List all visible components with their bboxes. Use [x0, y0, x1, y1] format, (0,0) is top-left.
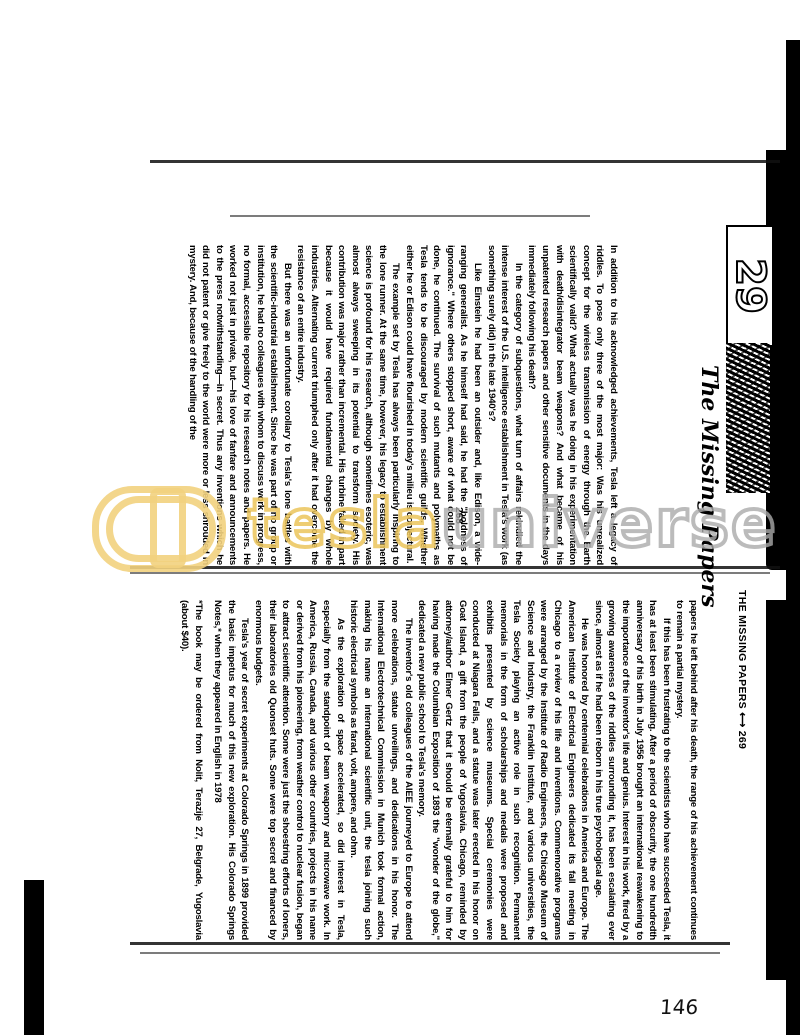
chapter-illustration	[726, 343, 770, 493]
chapter-number: 29	[727, 258, 773, 314]
paragraph: In addition to his acknowledged achievem…	[525, 245, 620, 565]
paragraph: papers he left behind after his death, t…	[673, 600, 700, 940]
scan-border-right	[786, 40, 800, 1035]
paragraph: Tesla's year of secret experiments at Co…	[211, 600, 252, 940]
paragraph: As the exploration of space accelerated,…	[251, 600, 346, 940]
paragraph: He was honored by centennial celebration…	[415, 600, 592, 940]
chapter-title: The Missing Papers	[696, 365, 722, 607]
scan-border-left	[24, 880, 44, 1035]
paragraph: But there was an unfortunate corollary t…	[185, 245, 294, 565]
right-page-body: papers he left behind after his death, t…	[177, 600, 700, 940]
footnote: *The book may be ordered from Nolit, Ter…	[177, 600, 204, 940]
paragraph: The inventor's old colleagues of the AIE…	[347, 600, 415, 940]
paragraph: The example set by Tesla has always been…	[294, 245, 403, 565]
left-page: 29 The Missing Papers In addition to his…	[150, 165, 750, 565]
book-gutter-line-2	[130, 572, 770, 574]
paragraph: In the category of subquestions, what tu…	[484, 245, 525, 565]
page-edge-top	[150, 160, 780, 163]
chapter-heading: 29 The Missing Papers	[690, 225, 770, 495]
paragraph: If this has been frustrating to the scie…	[591, 600, 673, 940]
paragraph: Like Einstein he had been an outsider an…	[403, 245, 485, 565]
right-page: papers he left behind after his death, t…	[140, 580, 760, 960]
handwritten-page-number: 146	[659, 995, 699, 1019]
chapter-number-box: 29	[726, 225, 774, 347]
left-page-body: In addition to his acknowledged achievem…	[185, 245, 620, 565]
page-number-left: 268	[453, 507, 464, 524]
book-gutter-line	[130, 566, 780, 569]
book-spine-shadow-lower	[766, 600, 786, 980]
